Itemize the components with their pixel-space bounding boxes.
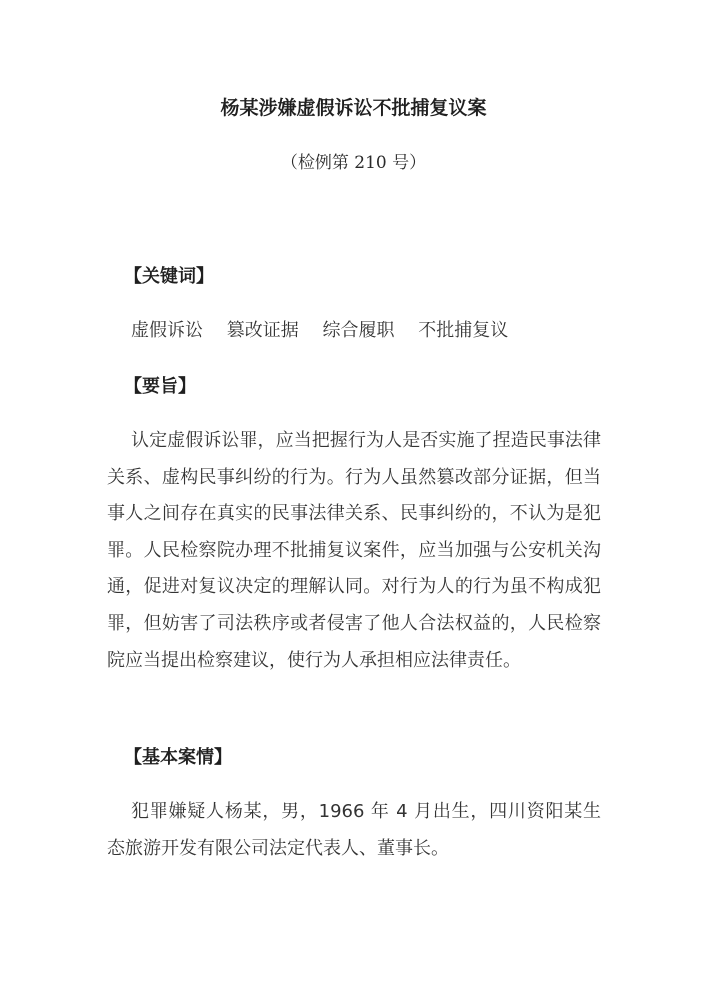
keyword: 虚假诉讼: [131, 320, 203, 341]
keywords-list: 虚假诉讼 篡改证据 综合履职 不批捕复议: [131, 316, 526, 342]
facts-heading: 【基本案情】: [124, 743, 232, 769]
gist-heading: 【要旨】: [124, 372, 196, 398]
gist-paragraph: 认定虚假诉讼罪，应当把握行为人是否实施了捏造民事法律关系、虚构民事纠纷的行为。行…: [107, 423, 601, 679]
case-number: （检例第 210 号）: [0, 148, 707, 173]
keyword: 不批捕复议: [418, 320, 508, 341]
keywords-heading: 【关键词】: [124, 262, 214, 288]
document-title: 杨某涉嫌虚假诉讼不批捕复议案: [0, 93, 707, 120]
keyword: 综合履职: [322, 320, 394, 341]
keyword: 篡改证据: [227, 320, 299, 341]
facts-paragraph: 犯罪嫌疑人杨某，男，1966 年 4 月出生，四川资阳某生态旅游开发有限公司法定…: [107, 794, 601, 867]
